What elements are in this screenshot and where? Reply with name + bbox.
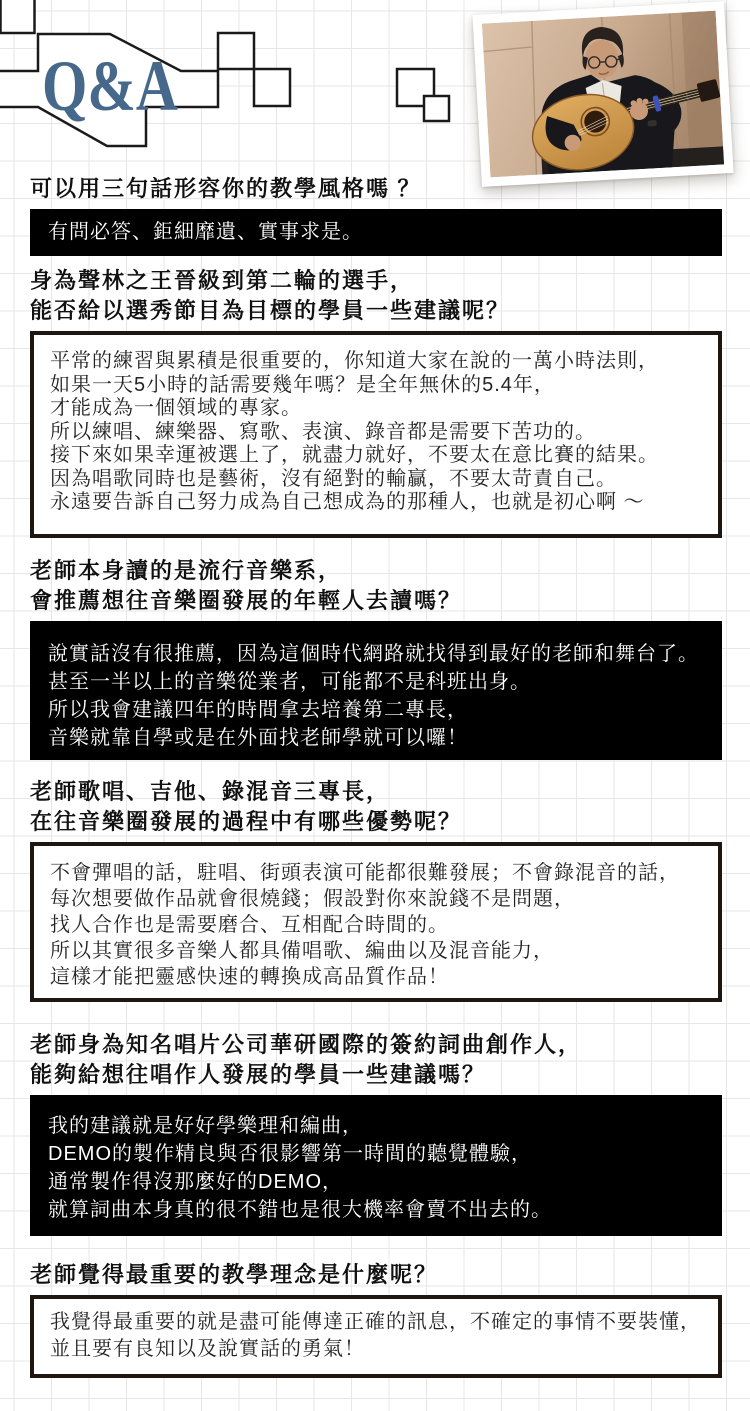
question-line: 老師本身讀的是流行音樂系， [30,556,750,586]
decor-square-a [218,33,254,69]
answer-line: 音樂就靠自學或是在外面找老師學就可以囉！ [48,724,708,752]
question-line: 能夠給想往唱作人發展的學員一些建議嗎？ [30,1060,750,1090]
answer-line: 我覺得最重要的就是盡可能傳達正確的訊息，不確定的事情不要裝懂， [50,1309,708,1336]
answer-line: 不會彈唱的話，駐唱、街頭表演可能都很難發展；不會錄混音的話， [50,860,708,886]
answer-box: 不會彈唱的話，駐唱、街頭表演可能都很難發展；不會錄混音的話，每次想要做作品就會很… [30,842,722,1002]
qa-section-6: 老師覺得最重要的教學理念是什麼呢？我覺得最重要的就是盡可能傳達正確的訊息，不確定… [0,1260,750,1378]
answer-line: 所以練唱、練樂器、寫歌、表演、錄音都是需要下苦功的。 [50,421,708,445]
qa-section-3: 老師本身讀的是流行音樂系，會推薦想往音樂圈發展的年輕人去讀嗎？說實話沒有很推薦，… [0,556,750,760]
teacher-photo [472,1,733,187]
page-background: Q&A [0,0,750,1411]
qa-section-4: 老師歌唱、吉他、錄混音三專長，在往音樂圈發展的過程中有哪些優勢呢？不會彈唱的話，… [0,777,750,1002]
answer-line: 接下來如果幸運被選上了，就盡力就好，不要太在意比賽的結果。 [50,444,708,468]
question-line: 在往音樂圈發展的過程中有哪些優勢呢？ [30,807,750,837]
answer-line: 這樣才能把靈感快速的轉換成高品質作品！ [50,964,708,990]
answer-line: 每次想要做作品就會很燒錢；假設對你來說錢不是問題， [50,886,708,912]
answer-line: 並且要有良知以及說實話的勇氣！ [50,1336,708,1363]
question-line: 老師歌唱、吉他、錄混音三專長， [30,777,750,807]
answer-line: 找人合作也是需要磨合、互相配合時間的。 [50,912,708,938]
answer-line: 甚至一半以上的音樂從業者，可能都不是科班出身。 [48,668,708,696]
answer-box: 說實話沒有很推薦，因為這個時代網路就找得到最好的老師和舞台了。甚至一半以上的音樂… [30,621,722,760]
answer-line: DEMO的製作精良與否很影響第一時間的聽覺體驗， [48,1140,708,1168]
answer-line: 所以其實很多音樂人都具備唱歌、編曲以及混音能力， [50,938,708,964]
decor-square-topleft [1,0,35,33]
question-title: 老師身為知名唱片公司華研國際的簽約詞曲創作人，能夠給想往唱作人發展的學員一些建議… [30,1030,750,1090]
answer-box: 有問必答、鉅細靡遺、實事求是。 [30,209,722,256]
decor-square-b [254,69,290,106]
question-line: 身為聲林之王晉級到第二輪的選手， [30,266,750,296]
page-header: Q&A [0,0,750,174]
answer-line: 永遠要告訴自己努力成為自己想成為的那種人，也就是初心啊 ～ [50,491,708,515]
answer-line: 平常的練習與累積是很重要的，你知道大家在說的一萬小時法則， [50,350,708,374]
guitarist-photo-illustration [482,11,724,178]
answer-line: 說實話沒有很推薦，因為這個時代網路就找得到最好的老師和舞台了。 [48,640,708,668]
question-title: 老師覺得最重要的教學理念是什麼呢？ [30,1260,750,1290]
qa-section-2: 身為聲林之王晉級到第二輪的選手，能否給以選秀節目為目標的學員一些建議呢？平常的練… [0,266,750,538]
question-line: 老師身為知名唱片公司華研國際的簽約詞曲創作人， [30,1030,750,1060]
qa-list: 可以用三句話形容你的教學風格嗎 ？有問必答、鉅細靡遺、實事求是。身為聲林之王晉級… [0,174,750,1378]
qa-section-1: 可以用三句話形容你的教學風格嗎 ？有問必答、鉅細靡遺、實事求是。 [0,174,750,256]
qa-section-5: 老師身為知名唱片公司華研國際的簽約詞曲創作人，能夠給想往唱作人發展的學員一些建議… [0,1030,750,1236]
logo-text: Q&A [42,46,178,126]
answer-line: 才能成為一個領域的專家。 [50,397,708,421]
question-line: 老師覺得最重要的教學理念是什麼呢？ [30,1260,750,1290]
answer-line: 我的建議就是好好學樂理和編曲， [48,1112,708,1140]
answer-line: 因為唱歌同時也是藝術，沒有絕對的輸贏，不要太苛責自己。 [50,468,708,492]
question-line: 能否給以選秀節目為目標的學員一些建議呢？ [30,296,750,326]
question-line: 可以用三句話形容你的教學風格嗎 ？ [30,174,750,204]
decor-square-d [424,96,449,121]
question-title: 可以用三句話形容你的教學風格嗎 ？ [30,174,750,204]
question-line: 會推薦想往音樂圈發展的年輕人去讀嗎？ [30,586,750,616]
answer-box: 我的建議就是好好學樂理和編曲，DEMO的製作精良與否很影響第一時間的聽覺體驗，通… [30,1095,722,1236]
question-title: 老師歌唱、吉他、錄混音三專長，在往音樂圈發展的過程中有哪些優勢呢？ [30,777,750,837]
question-title: 老師本身讀的是流行音樂系，會推薦想往音樂圈發展的年輕人去讀嗎？ [30,556,750,616]
answer-line: 所以我會建議四年的時間拿去培養第二專長， [48,696,708,724]
answer-line: 如果一天5小時的話需要幾年嗎？是全年無休的5.4年， [50,374,708,398]
question-title: 身為聲林之王晉級到第二輪的選手，能否給以選秀節目為目標的學員一些建議呢？ [30,266,750,326]
answer-line: 有問必答、鉅細靡遺、實事求是。 [48,220,708,244]
answer-box: 平常的練習與累積是很重要的，你知道大家在說的一萬小時法則，如果一天5小時的話需要… [30,331,722,538]
qa-logo: Q&A [0,0,460,150]
answer-box: 我覺得最重要的就是盡可能傳達正確的訊息，不確定的事情不要裝懂，並且要有良知以及說… [30,1295,722,1378]
answer-line: 就算詞曲本身真的很不錯也是很大機率會賣不出去的。 [48,1196,708,1224]
answer-line: 通常製作得沒那麼好的DEMO， [48,1168,708,1196]
